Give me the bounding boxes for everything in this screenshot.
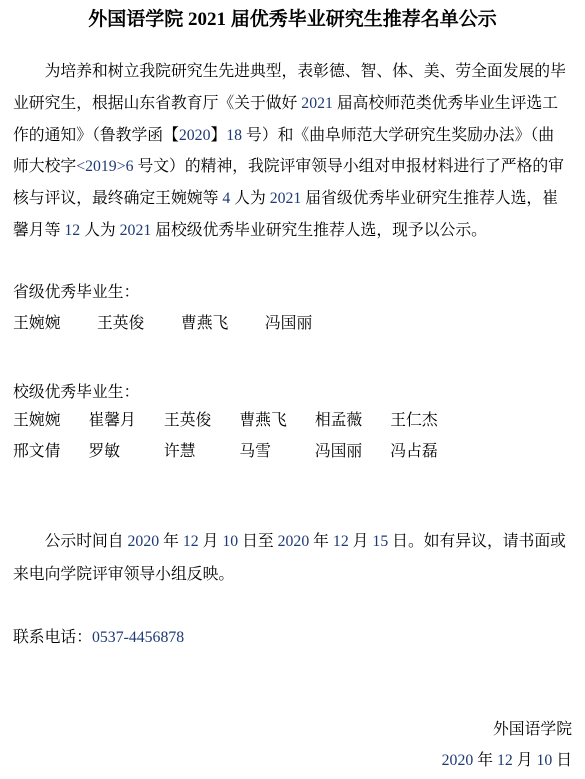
notice-line: 公示时间自 2020 年 12 月 10 日至 2020 年 12 月 15 日… <box>13 526 572 559</box>
student-name: 王仁杰 <box>390 405 462 436</box>
contact-line: 联系电话：0537-4456878 <box>13 622 572 654</box>
intro-line: 作的通知》（鲁教学函【2020】18 号）和《曲阜师范大学研究生奖励办法》（曲 <box>13 120 572 152</box>
student-name: 冯占磊 <box>390 436 462 467</box>
intro-paragraph: 为培养和树立我院研究生先进典型，表彰德、智、体、美、劳全面发展的毕 业研究生，根… <box>13 56 572 247</box>
student-name: 冯国丽 <box>315 436 387 467</box>
student-name: 曹燕飞 <box>181 308 261 340</box>
province-section-heading: 省级优秀毕业生： <box>13 277 572 309</box>
intro-line: 师大校字<2019>6 号文）的精神，我院评审领导小组对申报材料进行了严格的审 <box>13 151 572 183</box>
notice-line: 来电向学院评审领导小组反映。 <box>13 559 572 592</box>
school-names-row: 王婉婉 崔馨月 王英俊 曹燕飞 相孟薇 王仁杰 <box>13 405 572 436</box>
student-name: 曹燕飞 <box>239 405 311 436</box>
intro-line: 为培养和树立我院研究生先进典型，表彰德、智、体、美、劳全面发展的毕 <box>13 56 572 88</box>
notice-paragraph: 公示时间自 2020 年 12 月 10 日至 2020 年 12 月 15 日… <box>13 526 572 591</box>
student-name: 罗敏 <box>88 436 160 467</box>
province-names-row: 王婉婉 王英俊 曹燕飞 冯国丽 <box>13 308 572 340</box>
intro-line: 业研究生，根据山东省教育厅《关于做好 2021 届高校师范类优秀毕业生评选工 <box>13 88 572 120</box>
document-page: 外国语学院 2021 届优秀毕业研究生推荐名单公示 为培养和树立我院研究生先进典… <box>0 0 585 779</box>
student-name: 王婉婉 <box>13 405 85 436</box>
signature-date: 2020 年 12 月 10 日 <box>442 745 572 776</box>
school-names-rows: 王婉婉 崔馨月 王英俊 曹燕飞 相孟薇 王仁杰 邢文倩 罗敏 许慧 马雪 冯国丽… <box>13 405 572 467</box>
school-names-row: 邢文倩 罗敏 许慧 马雪 冯国丽 冯占磊 <box>13 436 572 467</box>
student-name: 崔馨月 <box>88 405 160 436</box>
student-name: 王婉婉 <box>13 308 93 340</box>
intro-line: 核与评议，最终确定王婉婉等 4 人为 2021 届省级优秀毕业研究生推荐人选，崔 <box>13 183 572 215</box>
signature-block: 外国语学院 2020 年 12 月 10 日 <box>442 714 572 776</box>
student-name: 王英俊 <box>164 405 236 436</box>
signature-org: 外国语学院 <box>442 714 572 745</box>
contact-label: 联系电话： <box>13 629 92 646</box>
contact-phone-number: 0537-4456878 <box>92 629 184 646</box>
student-name: 许慧 <box>164 436 236 467</box>
student-name: 马雪 <box>239 436 311 467</box>
student-name: 相孟薇 <box>315 405 387 436</box>
student-name: 邢文倩 <box>13 436 85 467</box>
student-name: 冯国丽 <box>265 308 345 340</box>
student-name: 王英俊 <box>97 308 177 340</box>
intro-line: 馨月等 12 人为 2021 届校级优秀毕业研究生推荐人选，现予以公示。 <box>13 215 572 247</box>
page-title: 外国语学院 2021 届优秀毕业研究生推荐名单公示 <box>0 8 585 32</box>
